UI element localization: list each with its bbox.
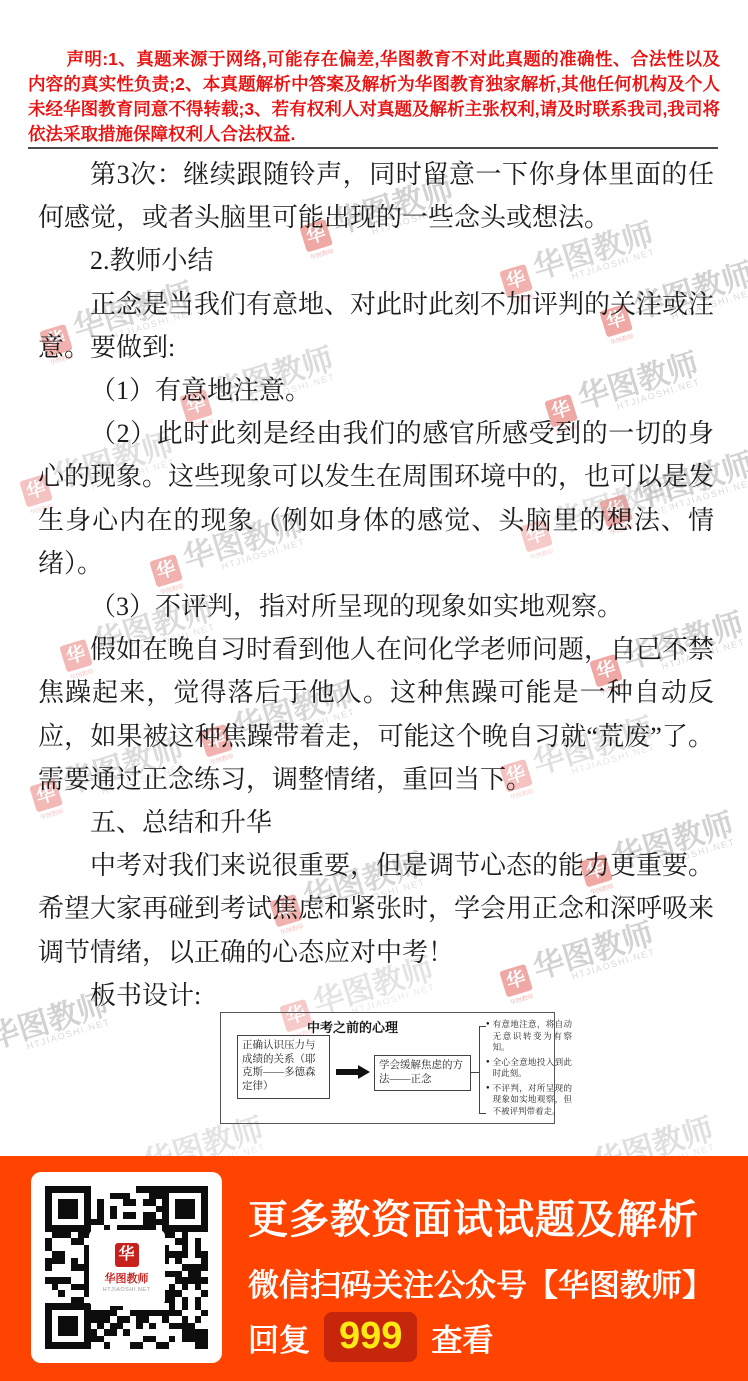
qr-center-text: 华图教师: [105, 1270, 149, 1286]
body-paragraph: 中考对我们来说很重要，但是调节心态的能力更重要。希望大家再碰到考试焦虑和紧张时，…: [38, 844, 714, 974]
footer-subscribe-line: 微信扫码关注公众号【华图教师】: [248, 1260, 713, 1305]
bullet-dot-icon: ●: [486, 1019, 490, 1054]
connector-vertical: [479, 1026, 480, 1114]
qr-center-label: 华 华图教师 HTJIAOSHI.NET: [89, 1230, 165, 1306]
reply-label: 回复: [248, 1315, 310, 1360]
qr-center-net: HTJIAOSHI.NET: [103, 1287, 151, 1293]
body-paragraph: 板书设计:: [38, 974, 714, 1017]
footer-headline: 更多教资面试试题及解析: [248, 1188, 699, 1245]
disclaimer-text: 声明:1、真题来源于网络,可能存在偏差,华图教育不对此真题的准确性、合法性以及内…: [28, 47, 720, 147]
footer-reply-line: 回复 999 查看: [248, 1312, 493, 1362]
body-paragraph: 2.教师小结: [38, 239, 714, 282]
watermark-net: HTJIAOSHI.NET: [25, 1016, 114, 1052]
connector-tick-bottom: [479, 1113, 486, 1114]
bullet-dot-icon: ●: [486, 1083, 490, 1118]
huatu-logo-icon: 华: [115, 1243, 139, 1267]
body-paragraph: 五、总结和升华: [38, 801, 714, 844]
body-text: 第3次：继续跟随铃声，同时留意一下你身体里面的任何感觉，或者头脑里可能出现的一些…: [38, 153, 714, 1017]
board-title: 中考之前的心理: [221, 1017, 484, 1036]
body-paragraph: （3）不评判，指对所呈现的现象如实地观察。: [38, 585, 714, 628]
divider: [28, 147, 718, 149]
bullet-dot-icon: ●: [486, 1057, 490, 1080]
reply-code-badge: 999: [324, 1312, 417, 1362]
body-paragraph: 假如在晚自习时看到他人在问化学老师问题，自己不禁焦躁起来，觉得落后于他人。这种焦…: [38, 628, 714, 801]
body-paragraph: 第3次：继续跟随铃声，同时留意一下你身体里面的任何感觉，或者头脑里可能出现的一些…: [38, 153, 714, 239]
qr-code: 华 华图教师 HTJIAOSHI.NET: [31, 1172, 222, 1363]
footer-banner: 华 华图教师 HTJIAOSHI.NET 更多教资面试试题及解析 微信扫码关注公…: [0, 1156, 748, 1381]
arrow-right-icon: [336, 1065, 372, 1079]
board-bullets: ●有意地注意，将自动无意识转变为有察知。●全心全意地投入到此时此刻。●不评判，对…: [486, 1019, 572, 1120]
view-label: 查看: [431, 1315, 493, 1360]
body-paragraph: （2）此时此刻是经由我们的感官所感受到的一切的身心的现象。这些现象可以发生在周围…: [38, 412, 714, 585]
board-bullet: ●全心全意地投入到此时此刻。: [486, 1057, 572, 1080]
body-paragraph: 正念是当我们有意地、对此时此刻不加评判的关注或注意。要做到:: [38, 283, 714, 369]
document-page: { "disclaimer": { "text": "声明:1、真题来源于网络,…: [0, 0, 748, 1381]
board-left-box: 正确认识压力与成绩的关系（耶克斯——多德森定律）: [237, 1035, 330, 1099]
board-design-diagram: 中考之前的心理 正确认识压力与成绩的关系（耶克斯——多德森定律） 学会缓解焦虑的…: [220, 1012, 555, 1124]
board-bullet: ●有意地注意，将自动无意识转变为有察知。: [486, 1019, 572, 1054]
board-middle-box: 学会缓解焦虑的方法——正念: [374, 1055, 471, 1091]
connector-tick-top: [479, 1026, 486, 1027]
board-bullet: ●不评判，对所呈现的现象如实地观察，但不被评判带着走。: [486, 1083, 572, 1118]
body-paragraph: （1）有意地注意。: [38, 369, 714, 412]
